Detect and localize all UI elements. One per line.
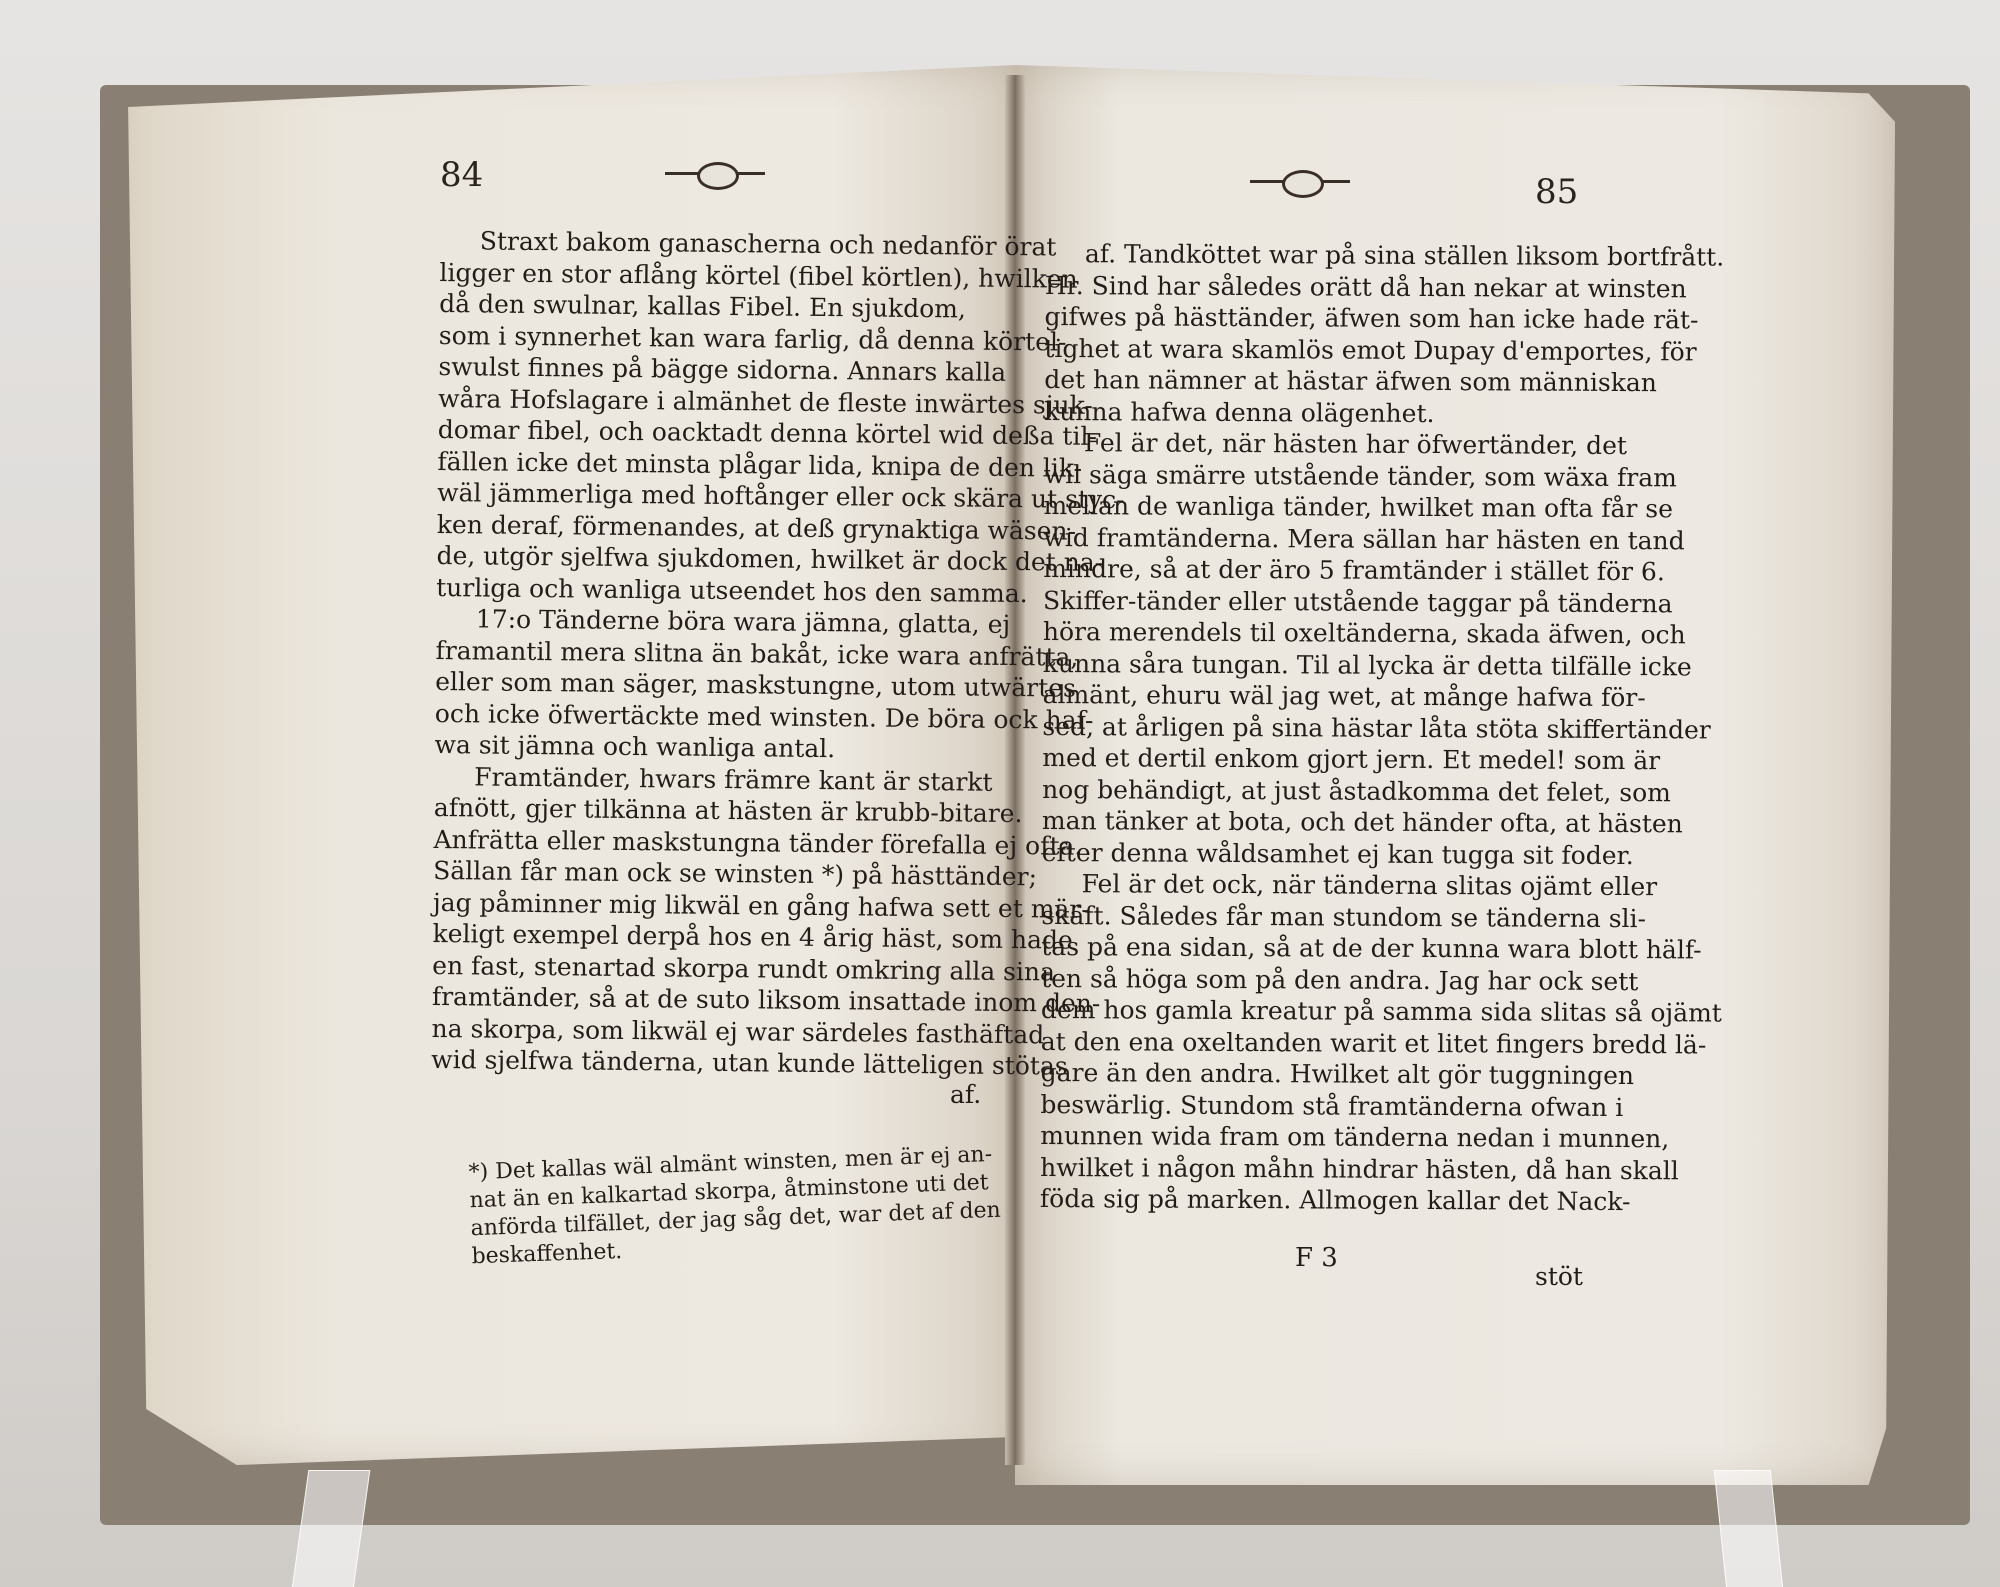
text-line: beswärlig. Stundom stå framtänderna ofwa… bbox=[1040, 1088, 1580, 1122]
left-page-body: Straxt bakom ganascherna och nedanför ör… bbox=[431, 225, 980, 1081]
text-line: tighet at wara skamlös emot Dupay d'empo… bbox=[1044, 332, 1584, 366]
text-line: wil säga smärre utstående tänder, som wä… bbox=[1044, 458, 1584, 492]
left-page-number: 84 bbox=[440, 155, 483, 195]
text-line: Skiffer-tänder eller utstående taggar på… bbox=[1043, 584, 1583, 618]
text-line: Fel är det, när hästen har öfwertänder, … bbox=[1044, 427, 1584, 461]
right-catchword: stöt bbox=[1535, 1262, 1583, 1291]
text-line: man tänker at bota, och det händer ofta,… bbox=[1042, 805, 1582, 839]
right-headpiece-ornament bbox=[1250, 168, 1350, 194]
right-page-number: 85 bbox=[1535, 172, 1578, 212]
printer-signature: F 3 bbox=[1295, 1243, 1338, 1273]
text-line: munnen wida fram om tänderna nedan i mun… bbox=[1040, 1120, 1580, 1154]
text-line: det han nämner at hästar äfwen som männi… bbox=[1044, 364, 1584, 398]
text-line: med et dertil enkom gjort jern. Et medel… bbox=[1042, 742, 1582, 776]
text-line: Straxt bakom ganascherna och nedanför ör… bbox=[440, 225, 980, 262]
text-line: wäl jämmerliga med hoftånger eller ock s… bbox=[437, 477, 977, 514]
text-line: då den swulnar, kallas Fibel. En sjukdom… bbox=[439, 288, 979, 325]
text-line: tas på ena sidan, så at de der kunna war… bbox=[1041, 931, 1581, 965]
text-line: kunna hafwa denna olägenhet. bbox=[1044, 395, 1584, 429]
text-line: mellan de wanliga tänder, hwilket man of… bbox=[1044, 490, 1584, 524]
text-line: sed, at årligen på sina hästar låta stöt… bbox=[1042, 710, 1582, 744]
text-line: dem hos gamla kreatur på samma sida slit… bbox=[1041, 994, 1581, 1028]
text-line: swulst finnes på bägge sidorna. Annars k… bbox=[438, 351, 978, 388]
text-line: mindre, så at der äro 5 framtänder i stä… bbox=[1043, 553, 1583, 587]
text-line: kunna såra tungan. Til al lycka är detta… bbox=[1043, 647, 1583, 681]
text-line: gare än den andra. Hwilket alt gör tuggn… bbox=[1041, 1057, 1581, 1091]
text-line: gifwes på hästtänder, äfwen som han icke… bbox=[1045, 301, 1585, 335]
text-line: Hr. Sind har således orätt då han nekar … bbox=[1045, 269, 1585, 303]
text-line: eller som man säger, maskstungne, utom u… bbox=[435, 666, 975, 703]
flower-icon bbox=[1282, 170, 1324, 198]
text-line: wa sit jämna och wanliga antal. bbox=[434, 729, 974, 766]
text-line: nog behändigt, at just åstadkomma det fe… bbox=[1042, 773, 1582, 807]
text-line: höra merendels til oxeltänderna, skada ä… bbox=[1043, 616, 1583, 650]
left-headpiece-ornament bbox=[665, 160, 765, 186]
text-line: Sällan får man ock se winsten *) på häst… bbox=[433, 855, 973, 892]
text-line: skäft. Således får man stundom se tänder… bbox=[1041, 899, 1581, 933]
text-line: wid sjelfwa tänderna, utan kunde lätteli… bbox=[431, 1044, 971, 1081]
text-line: af. Tandköttet war på sina ställen likso… bbox=[1045, 238, 1585, 272]
text-line: föda sig på marken. Allmogen kallar det … bbox=[1040, 1183, 1580, 1217]
text-line: 17:o Tänderne böra wara jämna, glatta, e… bbox=[436, 603, 976, 640]
flower-icon bbox=[697, 162, 739, 190]
right-page-body: af. Tandköttet war på sina ställen likso… bbox=[1040, 238, 1585, 1217]
left-footnote: *) Det kallas wäl almänt winsten, men är… bbox=[468, 1141, 1002, 1271]
text-line: efter denna wåldsamhet ej kan tugga sit … bbox=[1042, 836, 1582, 870]
text-line: keligt exempel derpå hos en 4 årig häst,… bbox=[432, 918, 972, 955]
text-line: ten så höga som på den andra. Jag har oc… bbox=[1041, 962, 1581, 996]
text-line: almänt, ehuru wäl jag wet, at månge hafw… bbox=[1043, 679, 1583, 713]
text-line: framtänder, så at de suto liksom insatta… bbox=[432, 981, 972, 1018]
text-line: wid framtänderna. Mera sällan har hästen… bbox=[1043, 521, 1583, 555]
text-line: afnött, gjer tilkänna at hästen är krubb… bbox=[434, 792, 974, 829]
text-line: Fel är det ock, när tänderna slitas ojäm… bbox=[1042, 868, 1582, 902]
text-line: hwilket i någon måhn hindrar hästen, då … bbox=[1040, 1151, 1580, 1185]
text-line: domar fibel, och oacktadt denna körtel w… bbox=[438, 414, 978, 451]
text-line: de, utgör sjelfwa sjukdomen, hwilket är … bbox=[436, 540, 976, 577]
text-line: at den ena oxeltanden warit et litet fin… bbox=[1041, 1025, 1581, 1059]
left-catchword: af. bbox=[950, 1080, 981, 1109]
